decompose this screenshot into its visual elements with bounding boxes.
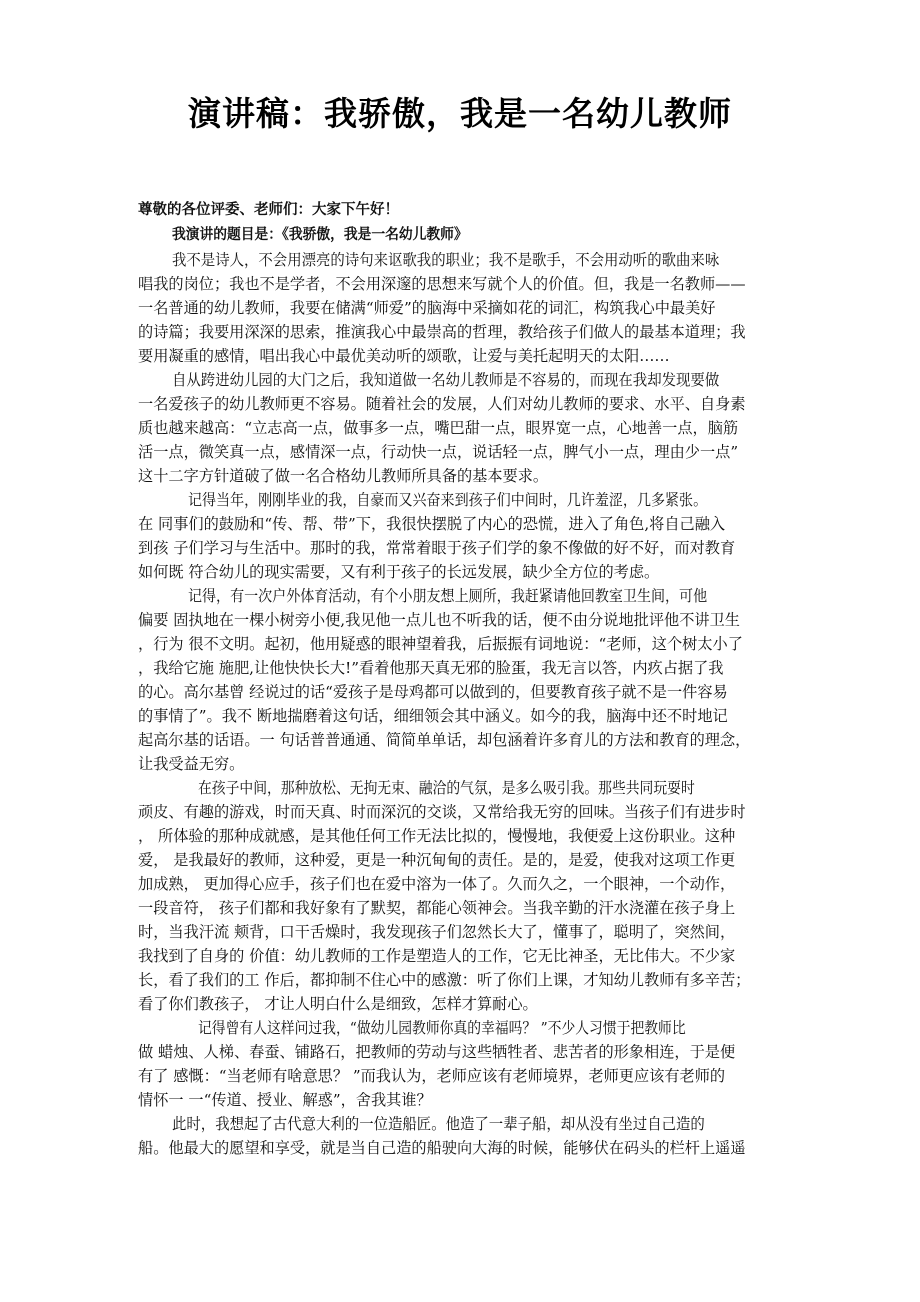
text-line: 长，看了我们的工 作后，都抑制不住心中的感激：听了你们上课，才知幼儿教师有多辛苦… (138, 970, 794, 990)
text-line: 到孩 子们学习与生活中。那时的我，常常着眼于孩子们学的象不像做的好不好，而对教育 (138, 538, 794, 558)
text-line: 让我受益无穷。 (138, 754, 794, 774)
text-line: 我找到了自身的 价值：幼儿教师的工作是塑造人的工作，它无比神圣，无比伟大。不少家 (138, 946, 794, 966)
text-line: 有了 感慨：“当老师有啥意思？ ”而我认为，老师应该有老师境界，老师更应该有老师… (138, 1066, 794, 1086)
text-line: 一名爱孩子的幼儿教师更不容易。随着社会的发展，人们对幼儿教师的要求、水平、自身素 (138, 394, 794, 414)
text-line: 记得曾有人这样问过我，“做幼儿园教师你真的幸福吗？ ”不少人习惯于把教师比 (198, 1018, 794, 1038)
text-line: 唱我的岗位；我也不是学者，不会用深邃的思想来写就个人的价值。但，我是一名教师—— (138, 274, 794, 294)
text-line: 这十二字方针道破了做一名合格幼儿教师所具备的基本要求。 (138, 466, 794, 486)
text-line: 记得，有一次户外体育活动，有个小朋友想上厕所，我赶紧请他回教室卫生间，可他 (188, 586, 794, 606)
document-page: 演讲稿：我骄傲，我是一名幼儿教师 尊敬的各位评委、老师们：大家下午好！我演讲的题… (0, 0, 920, 1302)
text-line: 尊敬的各位评委、老师们：大家下午好！ (138, 200, 794, 220)
text-line: 起高尔基的话语。一 句话普普通通、简简单单话，却包涵着许多育儿的方法和教育的理念… (138, 730, 794, 750)
text-line: 的事情了”。我不 断地揣磨着这句话，细细领会其中涵义。如今的我，脑海中还不时地记 (138, 706, 794, 726)
text-line: 如何既 符合幼儿的现实需要，又有利于孩子的长远发展，缺少全方位的考虑。 (138, 562, 794, 582)
text-line: 的心。高尔基曾 经说过的话“爱孩子是母鸡都可以做到的，但要教育孩子就不是一件容易 (138, 682, 794, 702)
text-line: 偏要 固执地在一棵小树旁小便,我见他一点儿也不听我的话，便不由分说地批评他不讲卫… (138, 610, 794, 630)
text-line: 时，当我汗流 颊背，口干舌燥时，我发现孩子们忽然长大了，懂事了，聪明了，突然间， (138, 922, 794, 942)
text-line: 船。他最大的愿望和享受，就是当自己造的船驶向大海的时候，能够伏在码头的栏杆上遥遥 (138, 1138, 794, 1158)
text-line: 顽皮、有趣的游戏，时而天真、时而深沉的交谈，又常给我无穷的回味。当孩子们有进步时 (138, 802, 794, 822)
text-line: 一段音符， 孩子们都和我好象有了默契，都能心领神会。当我辛勤的汗水浇灌在孩子身上 (138, 898, 794, 918)
document-title: 演讲稿：我骄傲，我是一名幼儿教师 (0, 88, 920, 135)
text-line: ， 所体验的那种成就感，是其他任何工作无法比拟的，慢慢地，我便爱上这份职业。这种 (138, 826, 794, 846)
text-line: 自从跨进幼儿园的大门之后，我知道做一名幼儿教师是不容易的，而现在我却发现要做 (172, 370, 794, 390)
text-line: 活一点，微笑真一点，感情深一点，行动快一点，说话轻一点，脾气小一点，理由少一点” (138, 442, 794, 462)
text-line: 我演讲的题目是：《我骄傲，我是一名幼儿教师》 (172, 225, 794, 245)
text-line: 要用凝重的感情，唱出我心中最优美动听的颂歌，让爱与美托起明天的太阳…… (138, 346, 794, 366)
text-line: 我不是诗人，不会用漂亮的诗句来讴歌我的职业；我不是歌手，不会用动听的歌曲来咏 (172, 250, 794, 270)
text-line: 的诗篇；我要用深深的思索，推演我心中最崇高的哲理，教给孩子们做人的最基本道理；我 (138, 322, 794, 342)
text-line: 情怀一 一“传道、授业、解惑”，舍我其谁？ (138, 1090, 794, 1110)
text-line: 加成熟， 更加得心应手，孩子们也在爱中溶为一体了。久而久之，一个眼神，一个动作， (138, 874, 794, 894)
text-line: 质也越来越高：“立志高一点，做事多一点，嘴巴甜一点，眼界宽一点，心地善一点，脑筋 (138, 418, 794, 438)
text-line: 做 蜡烛、人梯、春蚕、铺路石，把教师的劳动与这些牺牲者、悲苦者的形象相连，于是便 (138, 1042, 794, 1062)
text-line: 一名普通的幼儿教师，我要在储满“师爱”的脑海中采摘如花的词汇，构筑我心中最美好 (138, 298, 794, 318)
text-line: 看了你们教孩子， 才让人明白什么是细致，怎样才算耐心。 (138, 994, 794, 1014)
text-line: ，行为 很不文明。起初，他用疑惑的眼神望着我，后振振有词地说：“老师，这个树太小… (138, 634, 794, 654)
text-line: 爱， 是我最好的教师，这种爱，更是一种沉甸甸的责任。是的，是爱，使我对这项工作更 (138, 850, 794, 870)
text-line: 在孩子中间，那种放松、无拘无束、融洽的气氛，是多么吸引我。那些共同玩耍时 (198, 778, 794, 798)
text-line: ，我给它施 施肥,让他快快长大!”看着他那天真无邪的脸蛋，我无言以答，内疚占据了… (138, 658, 794, 678)
text-line: 记得当年，刚刚毕业的我，自豪而又兴奋来到孩子们中间时，几许羞涩，几多紧张。 (188, 490, 794, 510)
text-line: 在 同事们的鼓励和“传、帮、带”下，我很快摆脱了内心的恐慌，进入了角色,将自己融… (138, 514, 794, 534)
text-line: 此时，我想起了古代意大利的一位造船匠。他造了一辈子船，却从没有坐过自己造的 (172, 1114, 794, 1134)
